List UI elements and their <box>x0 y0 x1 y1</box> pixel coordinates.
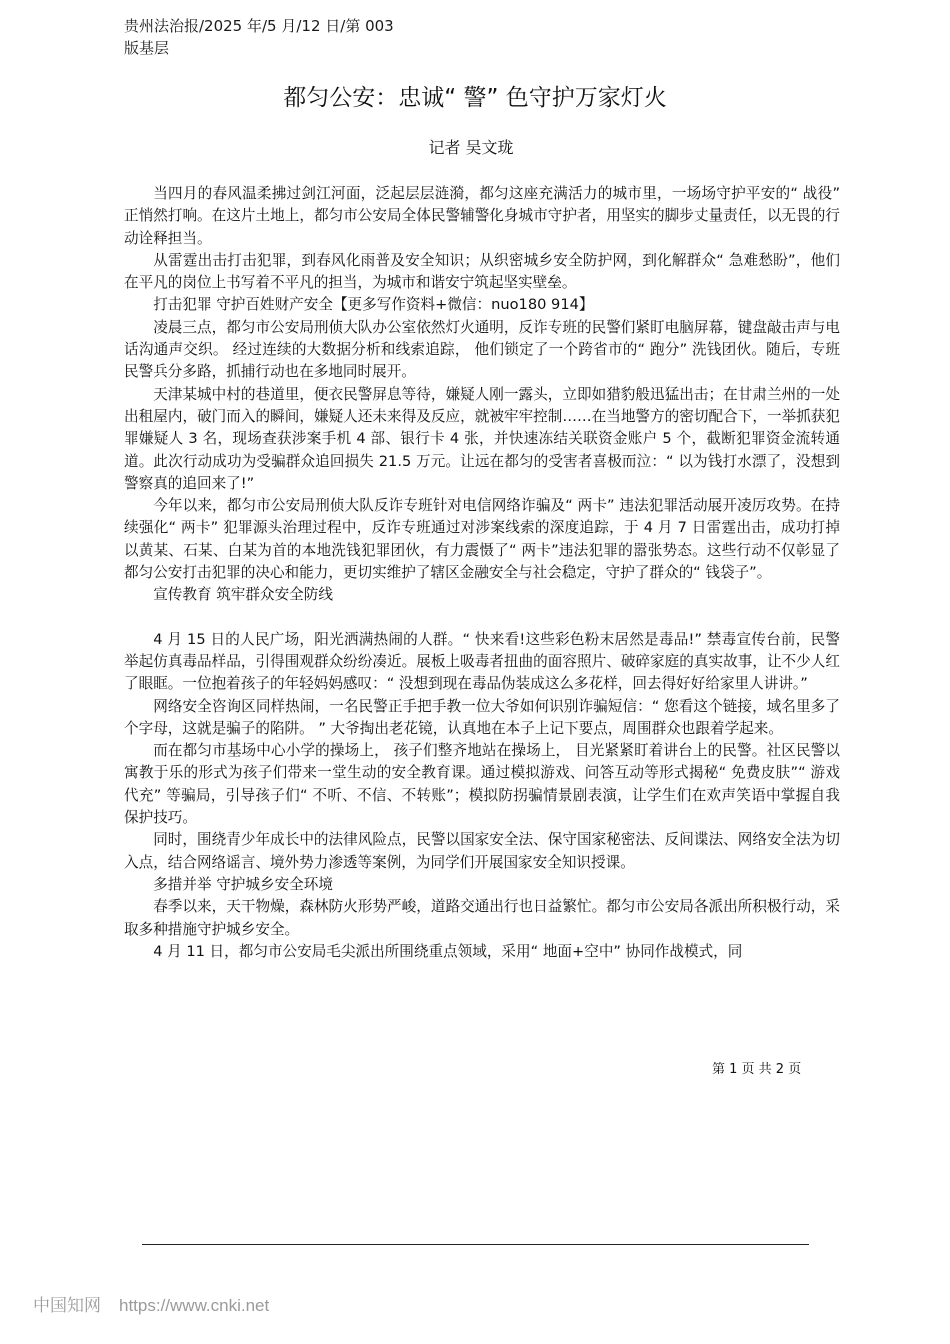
paragraph: 天津某城中村的巷道里，便衣民警屏息等待，嫌疑人刚一露头，立即如猎豹般迅猛出击；在… <box>124 384 840 495</box>
paragraph: 凌晨三点，都匀市公安局刑侦大队办公室依然灯火通明，反诈专班的民警们紧盯电脑屏幕，… <box>124 317 840 384</box>
section-label: 版基层 <box>124 37 394 59</box>
section-subhead: 打击犯罪 守护百姓财产安全【更多写作资料+微信：nuo180 914】 <box>124 294 840 316</box>
cnki-watermark: 中国知网https://www.cnki.net <box>33 1294 269 1318</box>
watermark-name: 中国知网 <box>33 1296 101 1315</box>
paragraph: 今年以来，都匀市公安局刑侦大队反诈专班针对电信网络诈骗及“ 两卡” 违法犯罪活动… <box>124 495 840 584</box>
article-title: 都匀公安：忠诚“ 警” 色守护万家灯火 <box>0 82 950 114</box>
section-subhead: 宣传教育 筑牢群众安全防线 <box>124 584 840 606</box>
paragraph: 春季以来，天干物燥，森林防火形势严峻，道路交通出行也日益繁忙。都匀市公安局各派出… <box>124 896 840 941</box>
paragraph: 4 月 15 日的人民广场，阳光洒满热闹的人群。“ 快来看!这些彩色粉末居然是毒… <box>124 629 840 696</box>
paragraph: 从雷霆出击打击犯罪，到春风化雨普及安全知识；从织密城乡安全防护网，到化解群众“ … <box>124 250 840 295</box>
paragraph: 同时，围绕青少年成长中的法律风险点，民警以国家安全法、保守国家秘密法、反间谍法、… <box>124 829 840 874</box>
source-line: 贵州法治报/2025 年/5 月/12 日/第 003 <box>124 15 394 37</box>
footer-divider <box>142 1244 809 1245</box>
paragraph: 网络安全咨询区同样热闹，一名民警正手把手教一位大爷如何识别诈骗短信：“ 您看这个… <box>124 696 840 741</box>
blank-line <box>124 607 840 629</box>
document-source-header: 贵州法治报/2025 年/5 月/12 日/第 003 版基层 <box>124 15 394 59</box>
section-subhead: 多措并举 守护城乡安全环境 <box>124 874 840 896</box>
watermark-url[interactable]: https://www.cnki.net <box>119 1296 269 1315</box>
page-indicator: 第 1 页 共 2 页 <box>712 1061 801 1079</box>
paragraph: 4 月 11 日，都匀市公安局毛尖派出所围绕重点领域，采用“ 地面+空中” 协同… <box>124 941 840 963</box>
paragraph: 而在都匀市基场中心小学的操场上， 孩子们整齐地站在操场上， 目光紧紧盯着讲台上的… <box>124 740 840 829</box>
article-body: 当四月的春风温柔拂过剑江河面，泛起层层涟漪，都匀这座充满活力的城市里，一场场守护… <box>124 183 840 963</box>
article-byline: 记者 吴文珑 <box>0 136 942 160</box>
paragraph: 当四月的春风温柔拂过剑江河面，泛起层层涟漪，都匀这座充满活力的城市里，一场场守护… <box>124 183 840 250</box>
